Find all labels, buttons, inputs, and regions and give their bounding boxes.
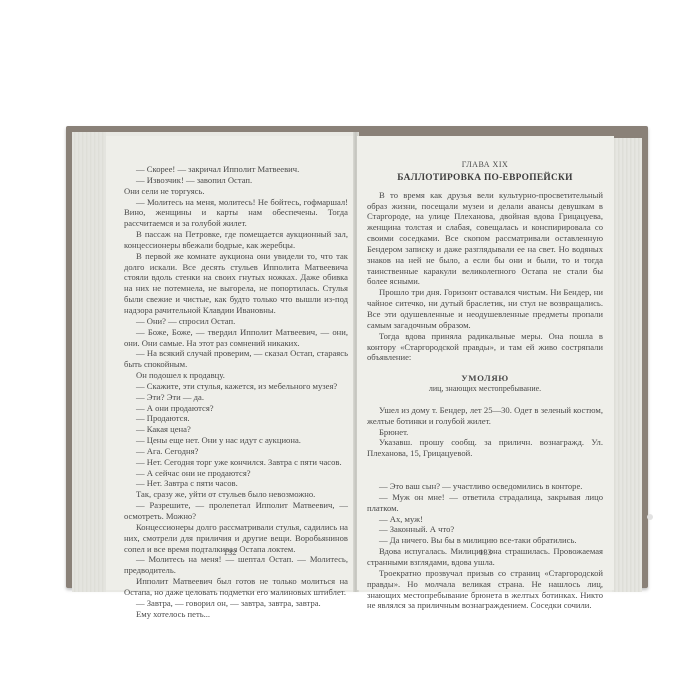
paragraph: — Нет. Завтра с пяти часов. <box>124 478 348 489</box>
paragraph: — Цены еще нет. Они у нас идут с аукцион… <box>124 435 348 446</box>
paragraph: Он подошел к продавцу. <box>124 370 348 381</box>
right-page: ГЛАВА XIX БАЛЛОТИРОВКА ПО-ЕВРОПЕЙСКИ В т… <box>357 136 614 590</box>
left-page-number: 132 <box>106 547 354 558</box>
paragraph: — Боже, Боже, — твердил Ипполит Матвееви… <box>124 327 348 349</box>
left-page: — Скорее! — закричал Ипполит Матвеевич.—… <box>106 136 354 590</box>
paragraph: — Какая цена? <box>124 424 348 435</box>
paragraph: — Продаются. <box>124 413 348 424</box>
paragraph: Тогда вдова приняла радикальные меры. Он… <box>367 331 603 364</box>
chapter-number: ГЛАВА XIX <box>367 160 603 171</box>
paragraph: — Муж он мне! — ответила страдалица, зак… <box>367 492 603 514</box>
paragraph: — Извозчик! — завопил Остап. <box>124 175 348 186</box>
chapter-opening-paragraphs: В то время как друзья вели культурно-про… <box>367 190 603 364</box>
right-page-text: ГЛАВА XIX БАЛЛОТИРОВКА ПО-ЕВРОПЕЙСКИ В т… <box>367 160 603 611</box>
paragraph: — Ага. Сегодня? <box>124 446 348 457</box>
paragraph: — Скорее! — закричал Ипполит Матвеевич. <box>124 164 348 175</box>
paragraph: — Нет. Сегодня торг уже кончился. Завтра… <box>124 457 348 468</box>
right-page-number: 133 <box>357 547 614 558</box>
paragraph: — Эти? Эти — да. <box>124 392 348 403</box>
chapter-title: БАЛЛОТИРОВКА ПО-ЕВРОПЕЙСКИ <box>367 173 603 184</box>
paragraph: Указавш. прошу сообщ. за приличн. вознаг… <box>367 437 603 459</box>
paragraph: — Разрешите, — пролепетал Ипполит Матвее… <box>124 500 348 522</box>
paragraph: В первой же комнате аукциона они увидели… <box>124 251 348 316</box>
paragraph: Ему хотелось петь... <box>124 609 348 620</box>
paragraph: — Они? — спросил Остап. <box>124 316 348 327</box>
left-page-edges <box>72 132 106 592</box>
paragraph: Брюнет. <box>367 427 603 438</box>
right-page-edges <box>612 138 642 592</box>
paragraph: Ушел из дому т. Бендер, лет 25—30. Одет … <box>367 405 603 427</box>
paragraph: Прошло три дня. Горизонт оставался чисты… <box>367 287 603 330</box>
advertisement-subtitle: лиц, знающих местопребывание. <box>367 384 603 395</box>
paragraph: — Скажите, эти стулья, кажется, из мебел… <box>124 381 348 392</box>
paragraph: — Завтра, — говорил он, — завтра, завтра… <box>124 598 348 609</box>
paragraph: — Да ничего. Вы бы в милицию все-таки об… <box>367 535 603 546</box>
section-gap <box>367 459 603 481</box>
paragraph: — А они продаются? <box>124 403 348 414</box>
paragraph: — Законный. А что? <box>367 524 603 535</box>
paragraph: — Это ваш сын? — участливо осведомились … <box>367 481 603 492</box>
paragraph: Троекратно прозвучал призыв со страниц «… <box>367 568 603 611</box>
bookmark-tab <box>647 514 653 520</box>
paragraph: — На всякий случай проверим, — сказал Ос… <box>124 348 348 370</box>
paragraph: Так, сразу же, уйти от стульев было нево… <box>124 489 348 500</box>
paragraph: — Ах, муж! <box>367 514 603 525</box>
advertisement-title: УМОЛЯЮ <box>367 373 603 384</box>
paragraph: Ипполит Матвеевич был готов не только мо… <box>124 576 348 598</box>
advertisement-body: Ушел из дому т. Бендер, лет 25—30. Одет … <box>367 405 603 459</box>
paragraph: Они сели не торгуясь. <box>124 186 348 197</box>
paragraph: — А сейчас они не продаются? <box>124 468 348 479</box>
paragraph: В пассаж на Петровке, где помещается аук… <box>124 229 348 251</box>
dialogue-paragraphs: — Это ваш сын? — участливо осведомились … <box>367 481 603 611</box>
paragraph: — Молитесь на меня, молитесь! Не бойтесь… <box>124 197 348 230</box>
paragraph: В то время как друзья вели культурно-про… <box>367 190 603 288</box>
